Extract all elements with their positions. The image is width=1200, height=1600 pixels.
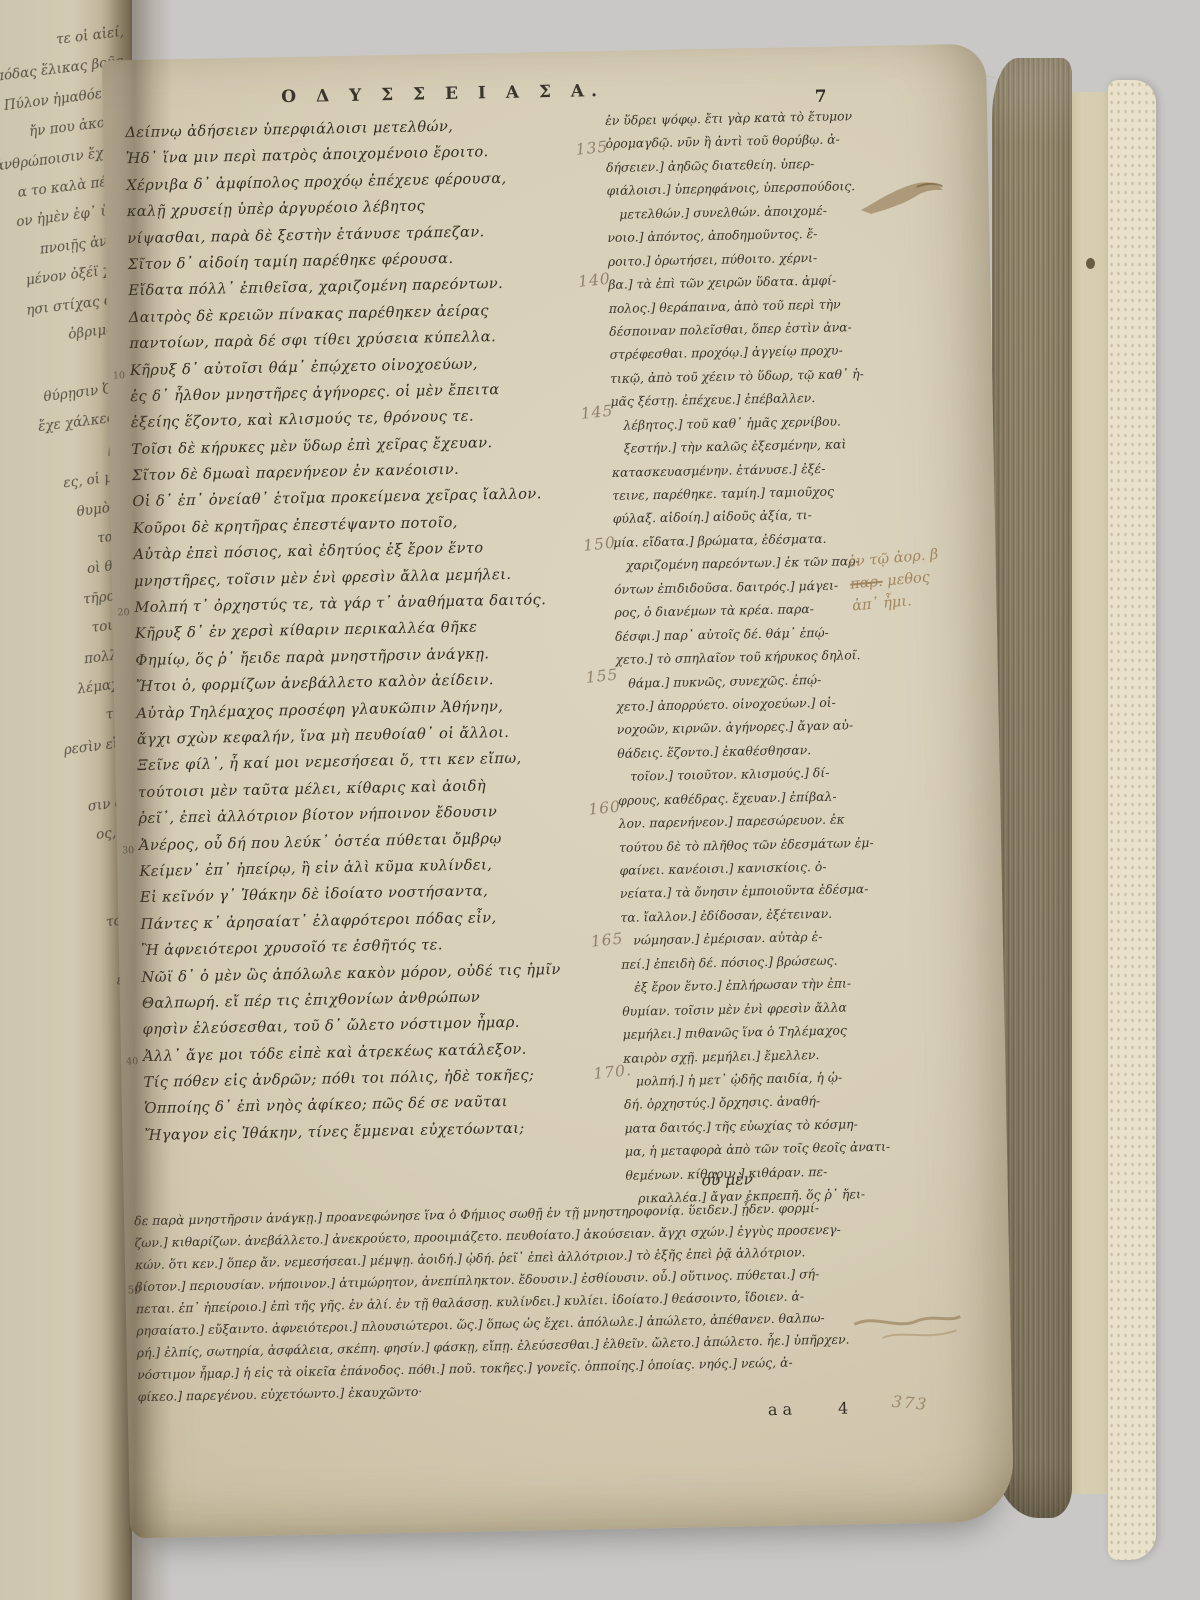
signature-number: 4 (838, 1399, 849, 1418)
verse-text: Ὁπποίης δ᾽ ἐπὶ νηὸς ἀφίκεο; πῶς δέ σε να… (144, 1093, 508, 1117)
handwritten-line-number: 145 (579, 398, 614, 428)
verse-text: ῥεῖ᾽, ἐπεὶ ἀλλότριον βίοτον νήποινον ἔδο… (138, 803, 497, 827)
verse-text: τούτοισι μὲν ταῦτα μέλει, κίθαρις καὶ ἀο… (138, 777, 486, 801)
verse-text: Ἀνέρος, οὗ δή που λεύκ᾽ ὀστέα πύθεται ὄμ… (139, 830, 502, 854)
signature-letters: a a (768, 1400, 793, 1419)
running-title: Ο Δ Υ Σ Σ Ε Ι Α Σ Α. (162, 79, 722, 110)
recto-page: Ο Δ Υ Σ Σ Ε Ι Α Σ Α. 7 Δείπνῳ ἀδήσειεν ὑ… (102, 44, 1014, 1539)
verse-text: Σῖτον δ᾽ αἰδοίη ταμίη παρέθηκε φέρουσα. (128, 250, 454, 273)
verse-text: φησὶν ἐλεύσεσθαι, τοῦ δ᾽ ὤλετο νόστιμον … (142, 1014, 520, 1038)
verse-text: Ἤγαγον εἰς Ἰθάκην, τίνες ἔμμεναι εὐχετόω… (144, 1120, 524, 1144)
verse-text: νίψασθαι, παρὰ δὲ ξεστὴν ἐτάνυσε τράπεζα… (127, 223, 485, 247)
scholia-column: ἐν ὕδρει ψόφῳ. ἔτι γὰρ κατὰ τὸ ἔτυμονὀρο… (605, 103, 932, 1210)
struck-word: παρ. (850, 574, 884, 593)
bottom-commentary: δε παρὰ μνηστῆρσιν ἀνάγκῃ.] προανεφώνησε… (134, 1195, 948, 1409)
verse-text: Κῆρυξ δ᾽ αὐτοῖσι θάμ᾽ ἐπῴχετο οἰνοχοεύων… (130, 355, 478, 379)
verse-text: Ἤτοι ὁ, φορμίζων ἀνεβάλλετο καλὸν ἀείδει… (136, 671, 494, 695)
printed-line-number: 40 (126, 1049, 139, 1076)
verse-text: Εἰ κεῖνόν γ᾽ Ἰθάκην δὲ ἰδοίατο νοστήσαντ… (140, 883, 488, 907)
verse-text: ἑξείης ἕζοντο, καὶ κλισμούς τε, θρόνους … (131, 408, 474, 432)
verse-text: Αὐτὰρ ἐπεὶ πόσιος, καὶ ἐδητύος ἐξ ἔρον ἕ… (133, 540, 483, 564)
verse-text: Κῆρυξ δ᾽ ἐν χερσὶ κίθαριν περικαλλέα θῆκ… (135, 619, 478, 643)
wormhole (1086, 258, 1095, 269)
verse-text: Κοῦροι δὲ κρητῆρας ἐπεστέψαντο ποτοῖο, (133, 514, 458, 537)
verse-text: παντοίων, παρὰ δέ σφι τίθει χρύσεια κύπε… (129, 328, 496, 352)
vellum-turn-in (1068, 92, 1110, 1494)
verse-text: Τοῖσι δὲ κήρυκες μὲν ὕδωρ ἐπὶ χεῖρας ἔχε… (131, 434, 492, 458)
verse-text: Ἠδ᾽ ἵνα μιν περὶ πατρὸς ἀποιχομένοιο ἔρο… (126, 144, 489, 168)
handwritten-line-number: 140 (577, 266, 612, 296)
verse-text: Χέρνιβα δ᾽ ἀμφίπολος προχόῳ ἐπέχευε φέρο… (126, 170, 507, 194)
verse-text: ἐς δ᾽ ἦλθον μνηστῆρες ἀγήνορες. οἱ μὲν ἔ… (130, 381, 500, 405)
verse-text: ἄγχι σχὼν κεφαλήν, ἵνα μὴ πευθοίαθ᾽ οἱ ἄ… (137, 724, 510, 748)
verse-text: Ἢ ἀφνειότεροι χρυσοῖό τε ἐσθῆτός τε. (141, 936, 443, 959)
verse-text: Ξεῖνε φίλ᾽, ἦ καί μοι νεμεσήσεαι ὅ, ττι … (137, 750, 521, 774)
verse-text: Νῶϊ δ᾽ ὁ μὲν ὣς ἀπόλωλε κακὸν μόρον, οὐδ… (141, 960, 560, 985)
verse-text: Φημίῳ, ὅς ῥ᾽ ἤειδε παρὰ μνηστῆρσιν ἀνάγκ… (135, 645, 489, 669)
verse-text: Θαλπωρή. εἴ πέρ τις ἐπιχθονίων ἀνθρώπων (142, 988, 480, 1011)
verse-text: Δείπνῳ ἀδήσειεν ὑπερφιάλοισι μετελθών, (125, 118, 453, 141)
handwritten-margin-note: ἐν τῷ ἀορ. β παρ. μεθος ἀπ᾽ ἦμι. (847, 538, 1002, 617)
handwritten-line-number: 155 (585, 662, 620, 692)
printed-line-number: 30 (122, 838, 135, 865)
handwritten-line-number: 165 (590, 926, 625, 956)
commentary-text: φίκεο.] παρεγένου. εὐχετόωντο.] ἐκαυχῶντ… (137, 1384, 422, 1404)
ink-smudge (856, 172, 947, 222)
ink-inscription: 373 (891, 1392, 929, 1414)
verse-text: Πάντες κ᾽ ἀρησαίατ᾽ ἐλαφρότεροι πόδας εἶ… (140, 909, 496, 933)
verse-text: μνηστῆρες, τοῖσιν μὲν ἐνὶ φρεσὶν ἄλλα με… (134, 565, 512, 589)
ink-smudge (852, 1302, 963, 1350)
verse-text: καλῇ χρυσείῃ ὑπὲρ ἀργυρέοιο λέβητος (127, 198, 426, 221)
verse-text: Οἱ δ᾽ ἐπ᾽ ὀνείαθ᾽ ἑτοῖμα προκείμενα χεῖρ… (132, 486, 542, 511)
verse-text: Κείμεν᾽ ἐπ᾽ ἠπείρῳ, ἢ εἰν ἁλὶ κῦμα κυλίν… (139, 856, 492, 880)
verse-text: Σῖτον δὲ δμωαὶ παρενήνεον ἐν κανέοισιν. (132, 461, 460, 484)
verse-text: Τίς πόθεν εἰς ἀνδρῶν; πόθι τοι πόλις, ἠδ… (143, 1067, 534, 1091)
verse-text: Ἀλλ᾽ ἄγε μοι τόδε εἰπὲ καὶ ἀτρεκέως κατά… (143, 1040, 527, 1064)
verse-text: Αὐτὰρ Τηλέμαχος προσέφη γλαυκῶπιν Ἀθήνην… (136, 698, 503, 722)
signature-mark: a a4 (768, 1399, 849, 1420)
printed-line-number: 10 (113, 363, 126, 390)
verse-text: Εἴδατα πόλλ᾽ ἐπιθεῖσα, χαριζομένη παρεόν… (128, 275, 503, 299)
vellum-cover-edge (1108, 80, 1156, 1560)
margin-note-text: μεθος (882, 570, 931, 590)
handwritten-line-number: 135 (574, 134, 609, 164)
printed-line-number: 20 (117, 600, 130, 627)
verse-text: Δαιτρὸς δὲ κρειῶν πίνακας παρέθηκεν ἀείρ… (129, 302, 489, 326)
handwritten-line-number: 160 (587, 794, 622, 824)
handwritten-line-number: 150 (582, 530, 617, 560)
verse-text: Μολπή τ᾽ ὀρχηστύς τε, τὰ γάρ τ᾽ ἀναθήματ… (134, 591, 546, 616)
book-photo: τε οἱ αἰεί,πόδας ἕλικας βοῦς.ς Πύλον ἠμα… (0, 0, 1200, 1600)
